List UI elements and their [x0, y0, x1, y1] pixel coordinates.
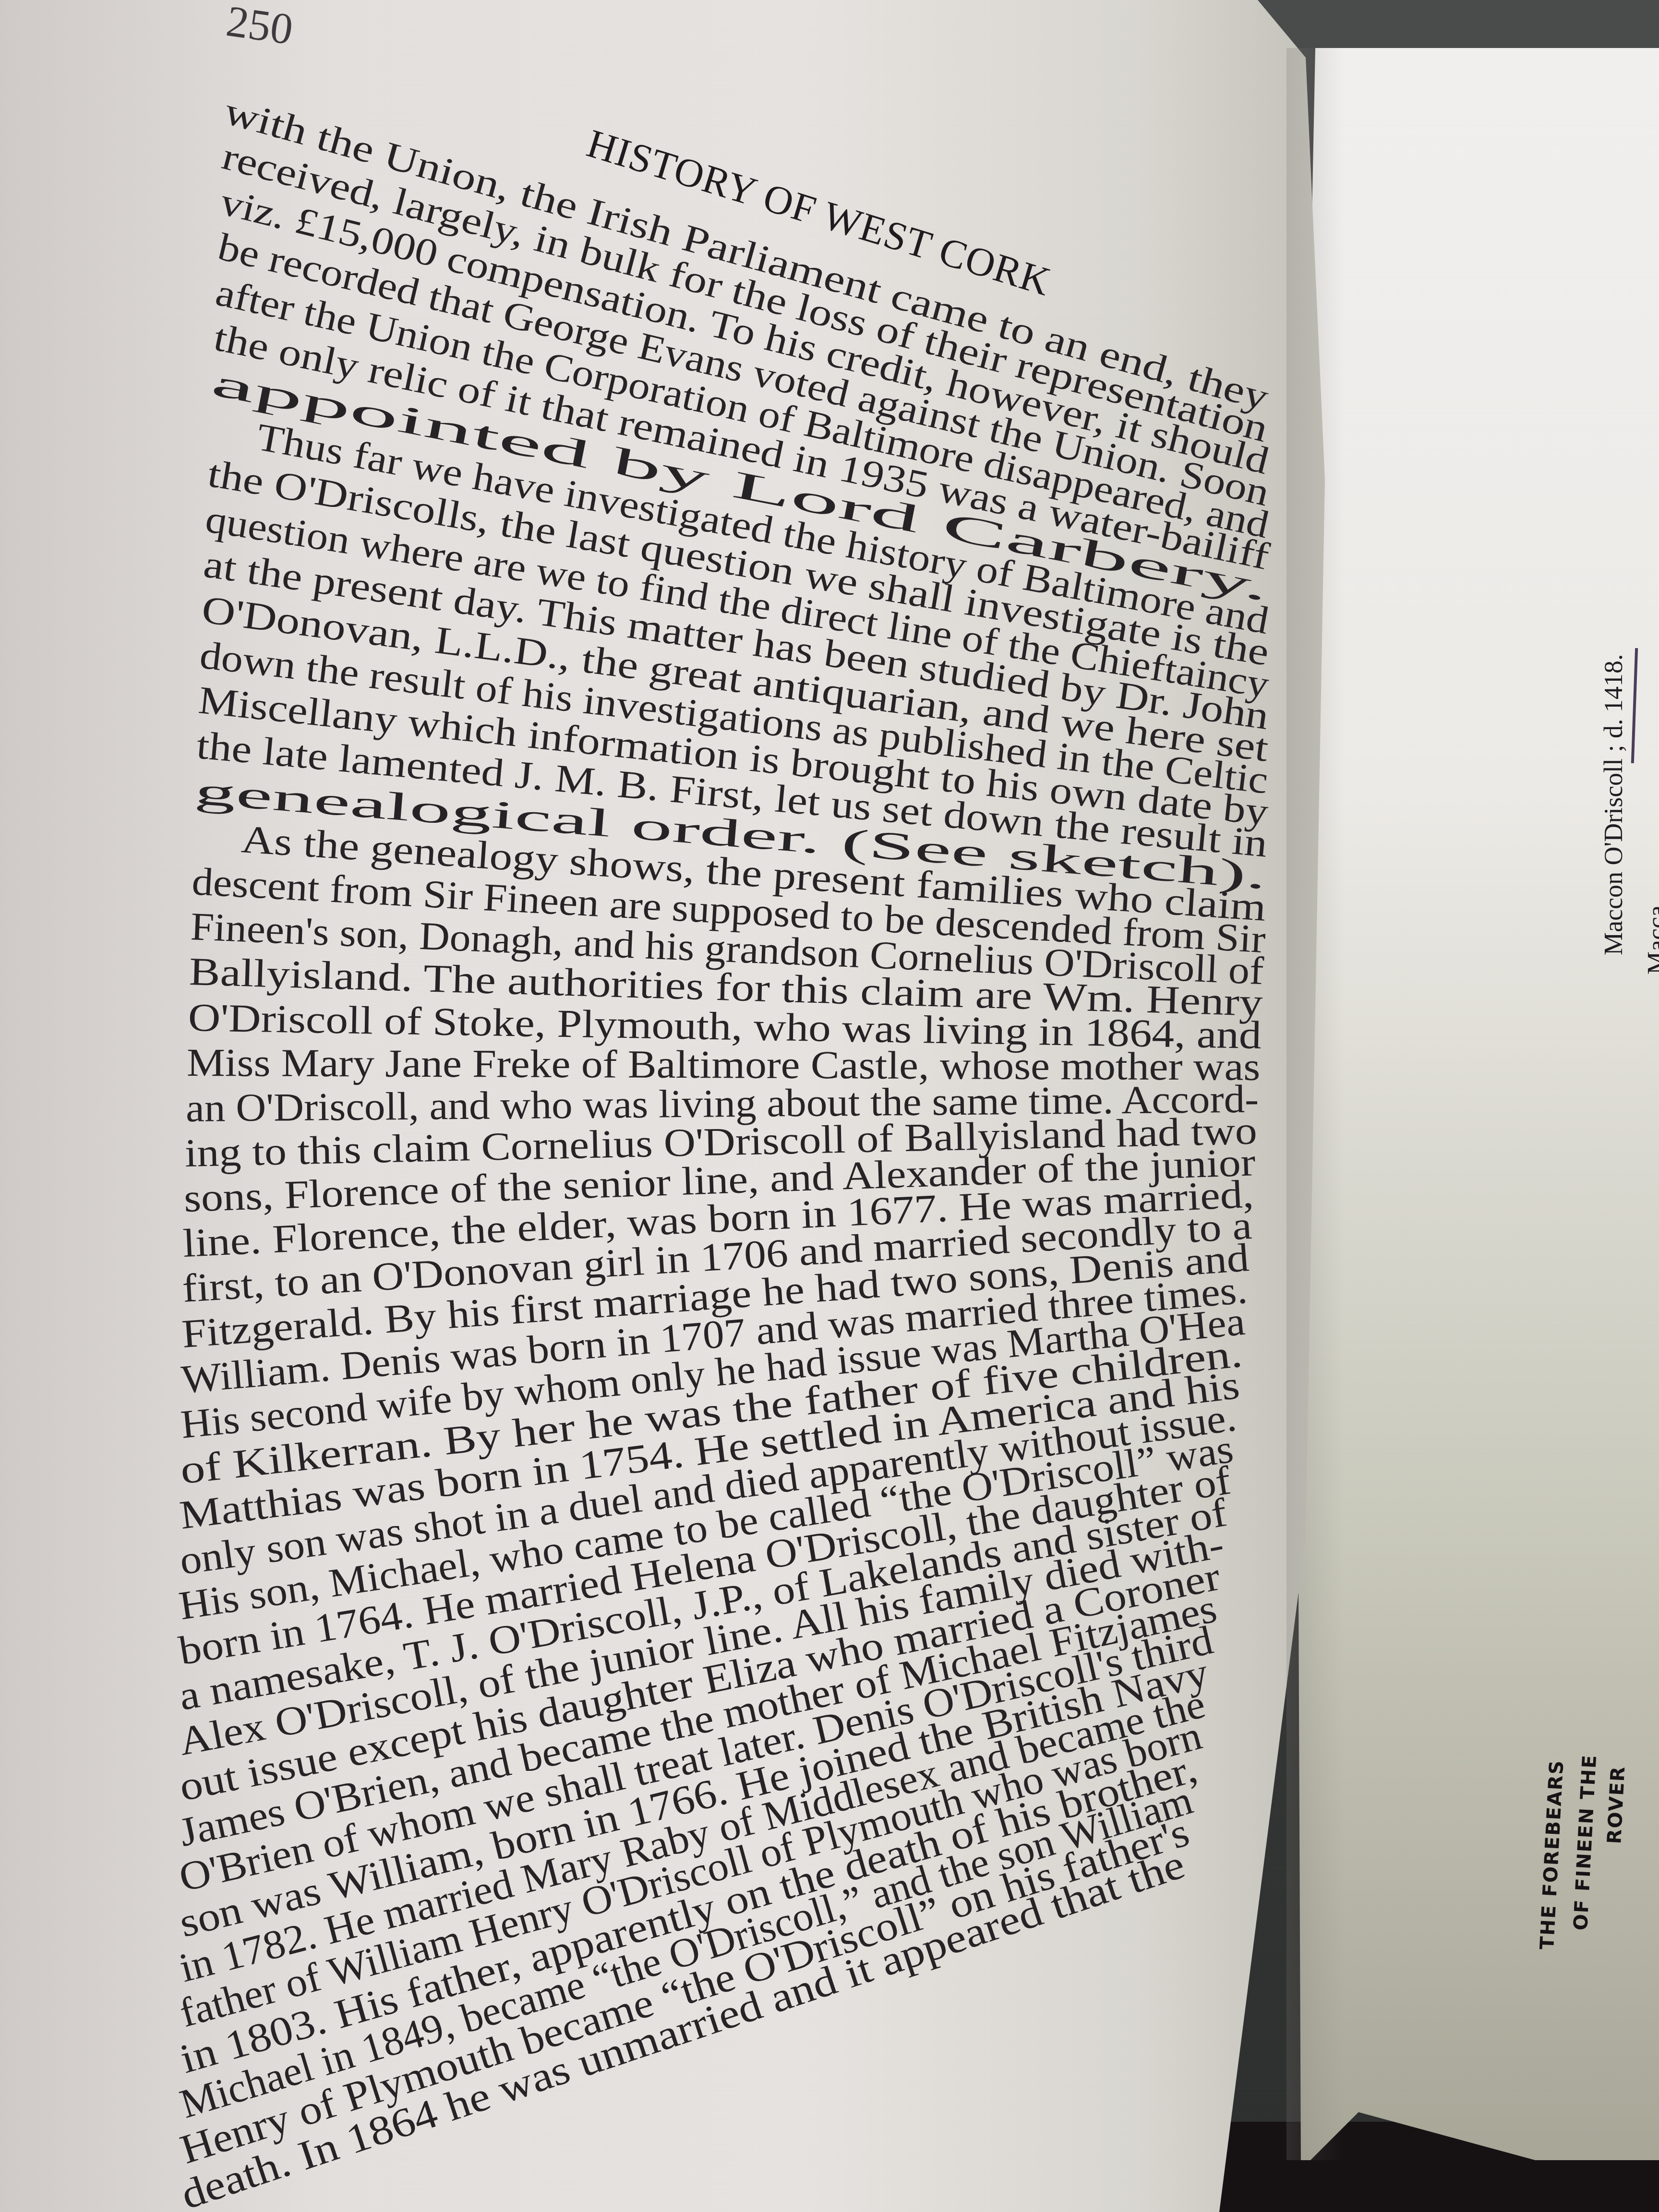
body-text: with the Union, the Irish Parliament cam… — [0, 0, 1334, 2212]
genealogy-caption-partial: Macca — [1642, 905, 1659, 974]
stamp-line-3: ROVER — [1603, 1765, 1629, 1844]
genealogy-caption: Maccon O'Driscoll ; d. 1418. — [1599, 654, 1628, 955]
